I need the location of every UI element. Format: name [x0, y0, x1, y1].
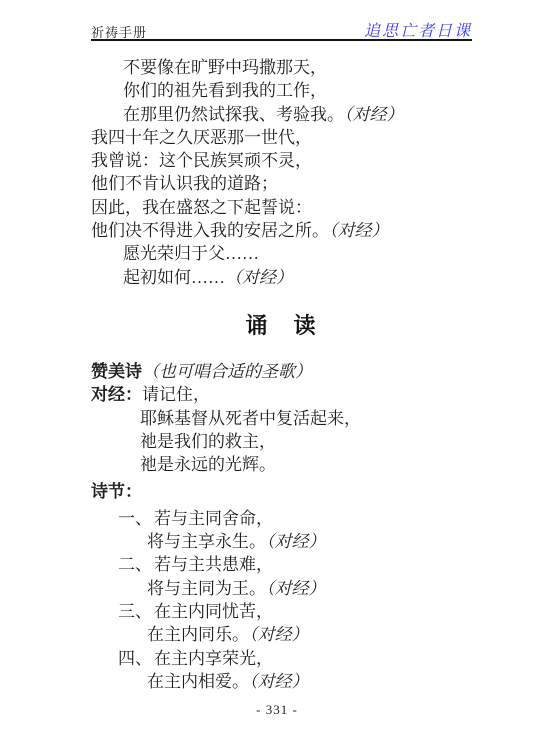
psalm-line-text: 他们不肯认识我的道路； [91, 174, 278, 193]
verses-label: 诗节： [91, 480, 472, 503]
book-page: 祈祷手册 追思亡者日课 不要像在旷野中玛撒那天，你们的祖先看到我的工作，在那里仍… [0, 0, 554, 732]
psalm-line: 他们不肯认识我的道路； [91, 172, 472, 195]
verses-list: 一、若与主同舍命，将与主享永生。（对经）二、若与主共患难，将与主同为王。（对经）… [91, 507, 472, 693]
antiphon-cont-text: 祂是永远的光辉。 [140, 455, 276, 474]
page-number: - 331 - [0, 702, 554, 718]
psalm-line: 我四十年之久厌恶那一世代， [91, 126, 472, 149]
hymn-line: 赞美诗（也可唱合适的圣歌） [91, 360, 472, 383]
psalm-line: 起初如何……（对经） [91, 266, 472, 289]
verse-text: 在主内相爱。 [147, 672, 249, 691]
rubric-antiphon-cue: （对经） [225, 268, 293, 287]
rubric-antiphon-cue: （对经） [344, 105, 404, 124]
psalm-line-text: 因此，我在盛怒之下起誓说： [91, 198, 312, 217]
antiphon-cont-text: 耶稣基督从死者中复活起来， [140, 409, 361, 428]
hymn-note: （也可唱合适的圣歌） [142, 362, 312, 381]
psalm-line: 你们的祖先看到我的工作， [91, 79, 472, 102]
antiphon-cont-line: 祂是我们的救主， [91, 430, 472, 453]
verse-line-2: 将与主享永生。（对经） [91, 530, 472, 553]
text-column: 不要像在旷野中玛撒那天，你们的祖先看到我的工作，在那里仍然试探我、考验我。（对经… [91, 56, 472, 693]
psalm-line-text: 你们的祖先看到我的工作， [123, 81, 327, 100]
antiphon-label: 对经： [91, 385, 142, 404]
psalm-line-text: 在那里仍然试探我、考验我。 [123, 105, 344, 124]
verse-line-1: 一、若与主同舍命， [91, 507, 472, 530]
rubric-antiphon-cue: （对经） [249, 672, 309, 691]
verse-text: 若与主同舍命， [154, 509, 273, 528]
verse-text: 将与主同为王。 [147, 579, 266, 598]
antiphon-first-line: 请记住， [142, 385, 210, 404]
psalm-line: 愿光荣归于父…… [91, 242, 472, 265]
psalm-line-text: 他们决不得进入我的安居之所。 [91, 221, 329, 240]
verse-text: 在主内同乐。 [147, 625, 249, 644]
verse-line-2: 在主内相爱。（对经） [91, 670, 472, 693]
psalm-line: 在那里仍然试探我、考验我。（对经） [91, 103, 472, 126]
verse-line-2: 将与主同为王。（对经） [91, 577, 472, 600]
verse-text: 将与主享永生。 [147, 532, 266, 551]
verse-number: 一、 [118, 509, 154, 528]
verse-line-1: 二、若与主共患难， [91, 553, 472, 576]
psalm-line-text: 我四十年之久厌恶那一世代， [91, 128, 312, 147]
psalm-stanza: 不要像在旷野中玛撒那天，你们的祖先看到我的工作，在那里仍然试探我、考验我。（对经… [91, 56, 472, 289]
hymn-label: 赞美诗 [91, 362, 142, 381]
verse-number: 四、 [118, 649, 154, 668]
antiphon-cont-text: 祂是我们的救主， [140, 432, 276, 451]
verse-text: 在主内享荣光， [154, 649, 273, 668]
psalm-line-text: 不要像在旷野中玛撒那天， [123, 58, 327, 77]
psalm-line: 他们决不得进入我的安居之所。（对经） [91, 219, 472, 242]
header-right-title: 追思亡者日课 [364, 18, 472, 41]
antiphon-continuation: 耶稣基督从死者中复活起来，祂是我们的救主，祂是永远的光辉。 [91, 407, 472, 477]
verse-text: 若与主共患难， [154, 555, 273, 574]
verse-line-1: 四、在主内享荣光， [91, 647, 472, 670]
psalm-line-text: 起初如何…… [123, 268, 225, 287]
antiphon-cont-line: 祂是永远的光辉。 [91, 453, 472, 476]
psalm-line-text: 我曾说：这个民族冥顽不灵， [91, 151, 312, 170]
verse-number: 三、 [118, 602, 154, 621]
section-title: 诵 读 [91, 310, 472, 342]
rubric-antiphon-cue: （对经） [266, 532, 326, 551]
verse-text: 在主内同忧苦， [154, 602, 273, 621]
rubric-antiphon-cue: （对经） [266, 579, 326, 598]
rubric-antiphon-cue: （对经） [329, 221, 389, 240]
antiphon-cont-line: 耶稣基督从死者中复活起来， [91, 407, 472, 430]
verse-line-1: 三、在主内同忧苦， [91, 600, 472, 623]
psalm-line: 因此，我在盛怒之下起誓说： [91, 196, 472, 219]
psalm-line: 我曾说：这个民族冥顽不灵， [91, 149, 472, 172]
antiphon-line: 对经：请记住， [91, 383, 472, 406]
verse-number: 二、 [118, 555, 154, 574]
verse-line-2: 在主内同乐。（对经） [91, 623, 472, 646]
psalm-line-text: 愿光荣归于父…… [123, 244, 259, 263]
rubric-antiphon-cue: （对经） [249, 625, 309, 644]
header-rule [91, 39, 472, 41]
psalm-line: 不要像在旷野中玛撒那天， [91, 56, 472, 79]
page-header: 祈祷手册 追思亡者日课 [91, 18, 472, 41]
